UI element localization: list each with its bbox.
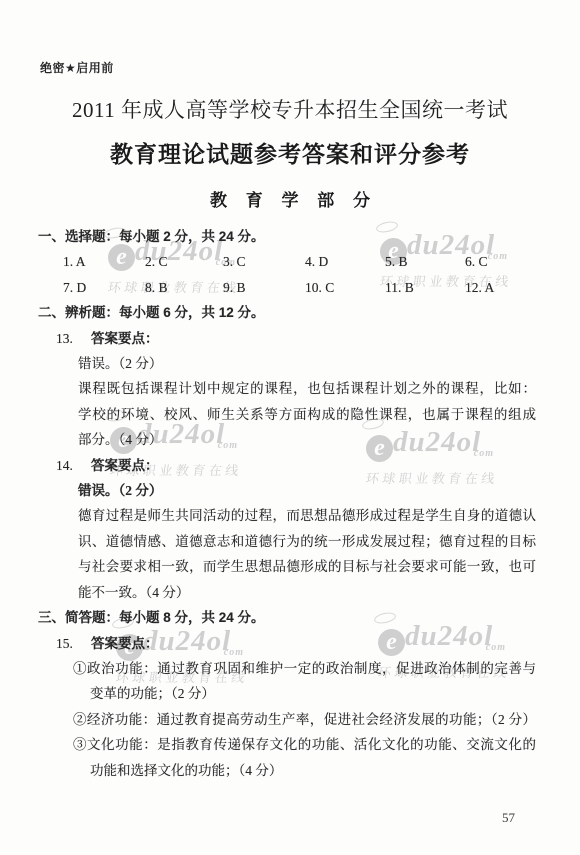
section-heading-analysis: 二、辨析题：每小题 6 分，共 12 分。 — [38, 300, 540, 325]
answer-line: 与社会要求相一致，而学生思想品德形成的目标与社会要求可能一致，也可 — [78, 554, 536, 579]
answer-cell: 5. B — [385, 249, 465, 274]
answer-line: 能不一致。（4 分） — [78, 580, 540, 605]
answer-cell: 10. C — [305, 275, 385, 300]
choice-answer-row: 1. A2. C3. C4. D5. B6. C — [38, 249, 540, 274]
answer-line: ①政治功能：通过教育巩固和维护一定的政治制度，促进政治体制的完善与 — [73, 656, 536, 681]
choice-answer-row: 7. D8. B9. B10. C11. B12. A — [38, 275, 540, 300]
answer-line: 学校的环境、校风、师生关系等方面构成的隐性课程，也属于课程的组成 — [78, 402, 536, 427]
answer-cell: 3. C — [223, 249, 305, 274]
question-13-header: 13.答案要点： — [38, 326, 540, 351]
answer-cell: 1. A — [63, 249, 145, 274]
answer-line: ③文化功能：是指教育传递保存文化的功能、活化文化的功能、交流文化的 — [73, 732, 536, 757]
answer-cell: 7. D — [63, 275, 145, 300]
answer-points-label: 答案要点： — [91, 636, 159, 651]
question-14-header: 14.答案要点： — [38, 453, 540, 478]
answer-cell: 4. D — [305, 249, 385, 274]
answer-points-label: 答案要点： — [91, 458, 159, 473]
exam-title: 2011 年成人高等学校专升本招生全国统一考试 — [0, 94, 580, 124]
page-number: 57 — [502, 810, 515, 826]
question-number: 15. — [56, 631, 91, 656]
answer-cell: 9. B — [223, 275, 305, 300]
answer-line: 德育过程是师生共同活动的过程，而思想品德形成过程是学生自身的道德认 — [78, 503, 536, 528]
document-title: 教育理论试题参考答案和评分参考 — [0, 136, 580, 169]
answer-line: 错误。（2 分） — [78, 478, 540, 503]
answer-line: 变革的功能；（2 分） — [90, 681, 540, 706]
answer-line: ②经济功能：通过教育提高劳动生产率，促进社会经济发展的功能；（2 分） — [73, 707, 536, 732]
section-heading-short-answer: 三、简答题：每小题 8 分，共 24 分。 — [38, 605, 540, 630]
section-heading-choice: 一、选择题：每小题 2 分，共 24 分。 — [38, 224, 540, 249]
answer-cell: 11. B — [385, 275, 465, 300]
part-title: 教 育 学 部 分 — [0, 186, 580, 211]
answer-body: 一、选择题：每小题 2 分，共 24 分。 1. A2. C3. C4. D5.… — [38, 224, 540, 783]
classification-notice: 绝密★启用前 — [40, 59, 114, 76]
answer-cell: 12. A — [465, 275, 494, 300]
answer-line: 部分。（4 分） — [78, 427, 540, 452]
answer-line: 识、道德情感、道德意志和道德行为的统一形成发展过程；德育过程的目标 — [78, 529, 536, 554]
answer-cell: 8. B — [145, 275, 223, 300]
answer-line: 错误。（2 分） — [78, 351, 540, 376]
scanned-answer-key-page: edu24olcom 环球职业教育在线 edu24olcom 环球职业教育在线 … — [0, 0, 580, 855]
answer-cell: 6. C — [465, 249, 488, 274]
answer-points-label: 答案要点： — [91, 331, 159, 346]
question-number: 13. — [56, 326, 91, 351]
answer-line: 课程既包括课程计划中规定的课程，也包括课程计划之外的课程，比如： — [78, 376, 536, 401]
answer-cell: 2. C — [145, 249, 223, 274]
question-number: 14. — [56, 453, 91, 478]
question-15-header: 15.答案要点： — [38, 631, 540, 656]
answer-line: 功能和选择文化的功能；（4 分） — [90, 758, 540, 783]
